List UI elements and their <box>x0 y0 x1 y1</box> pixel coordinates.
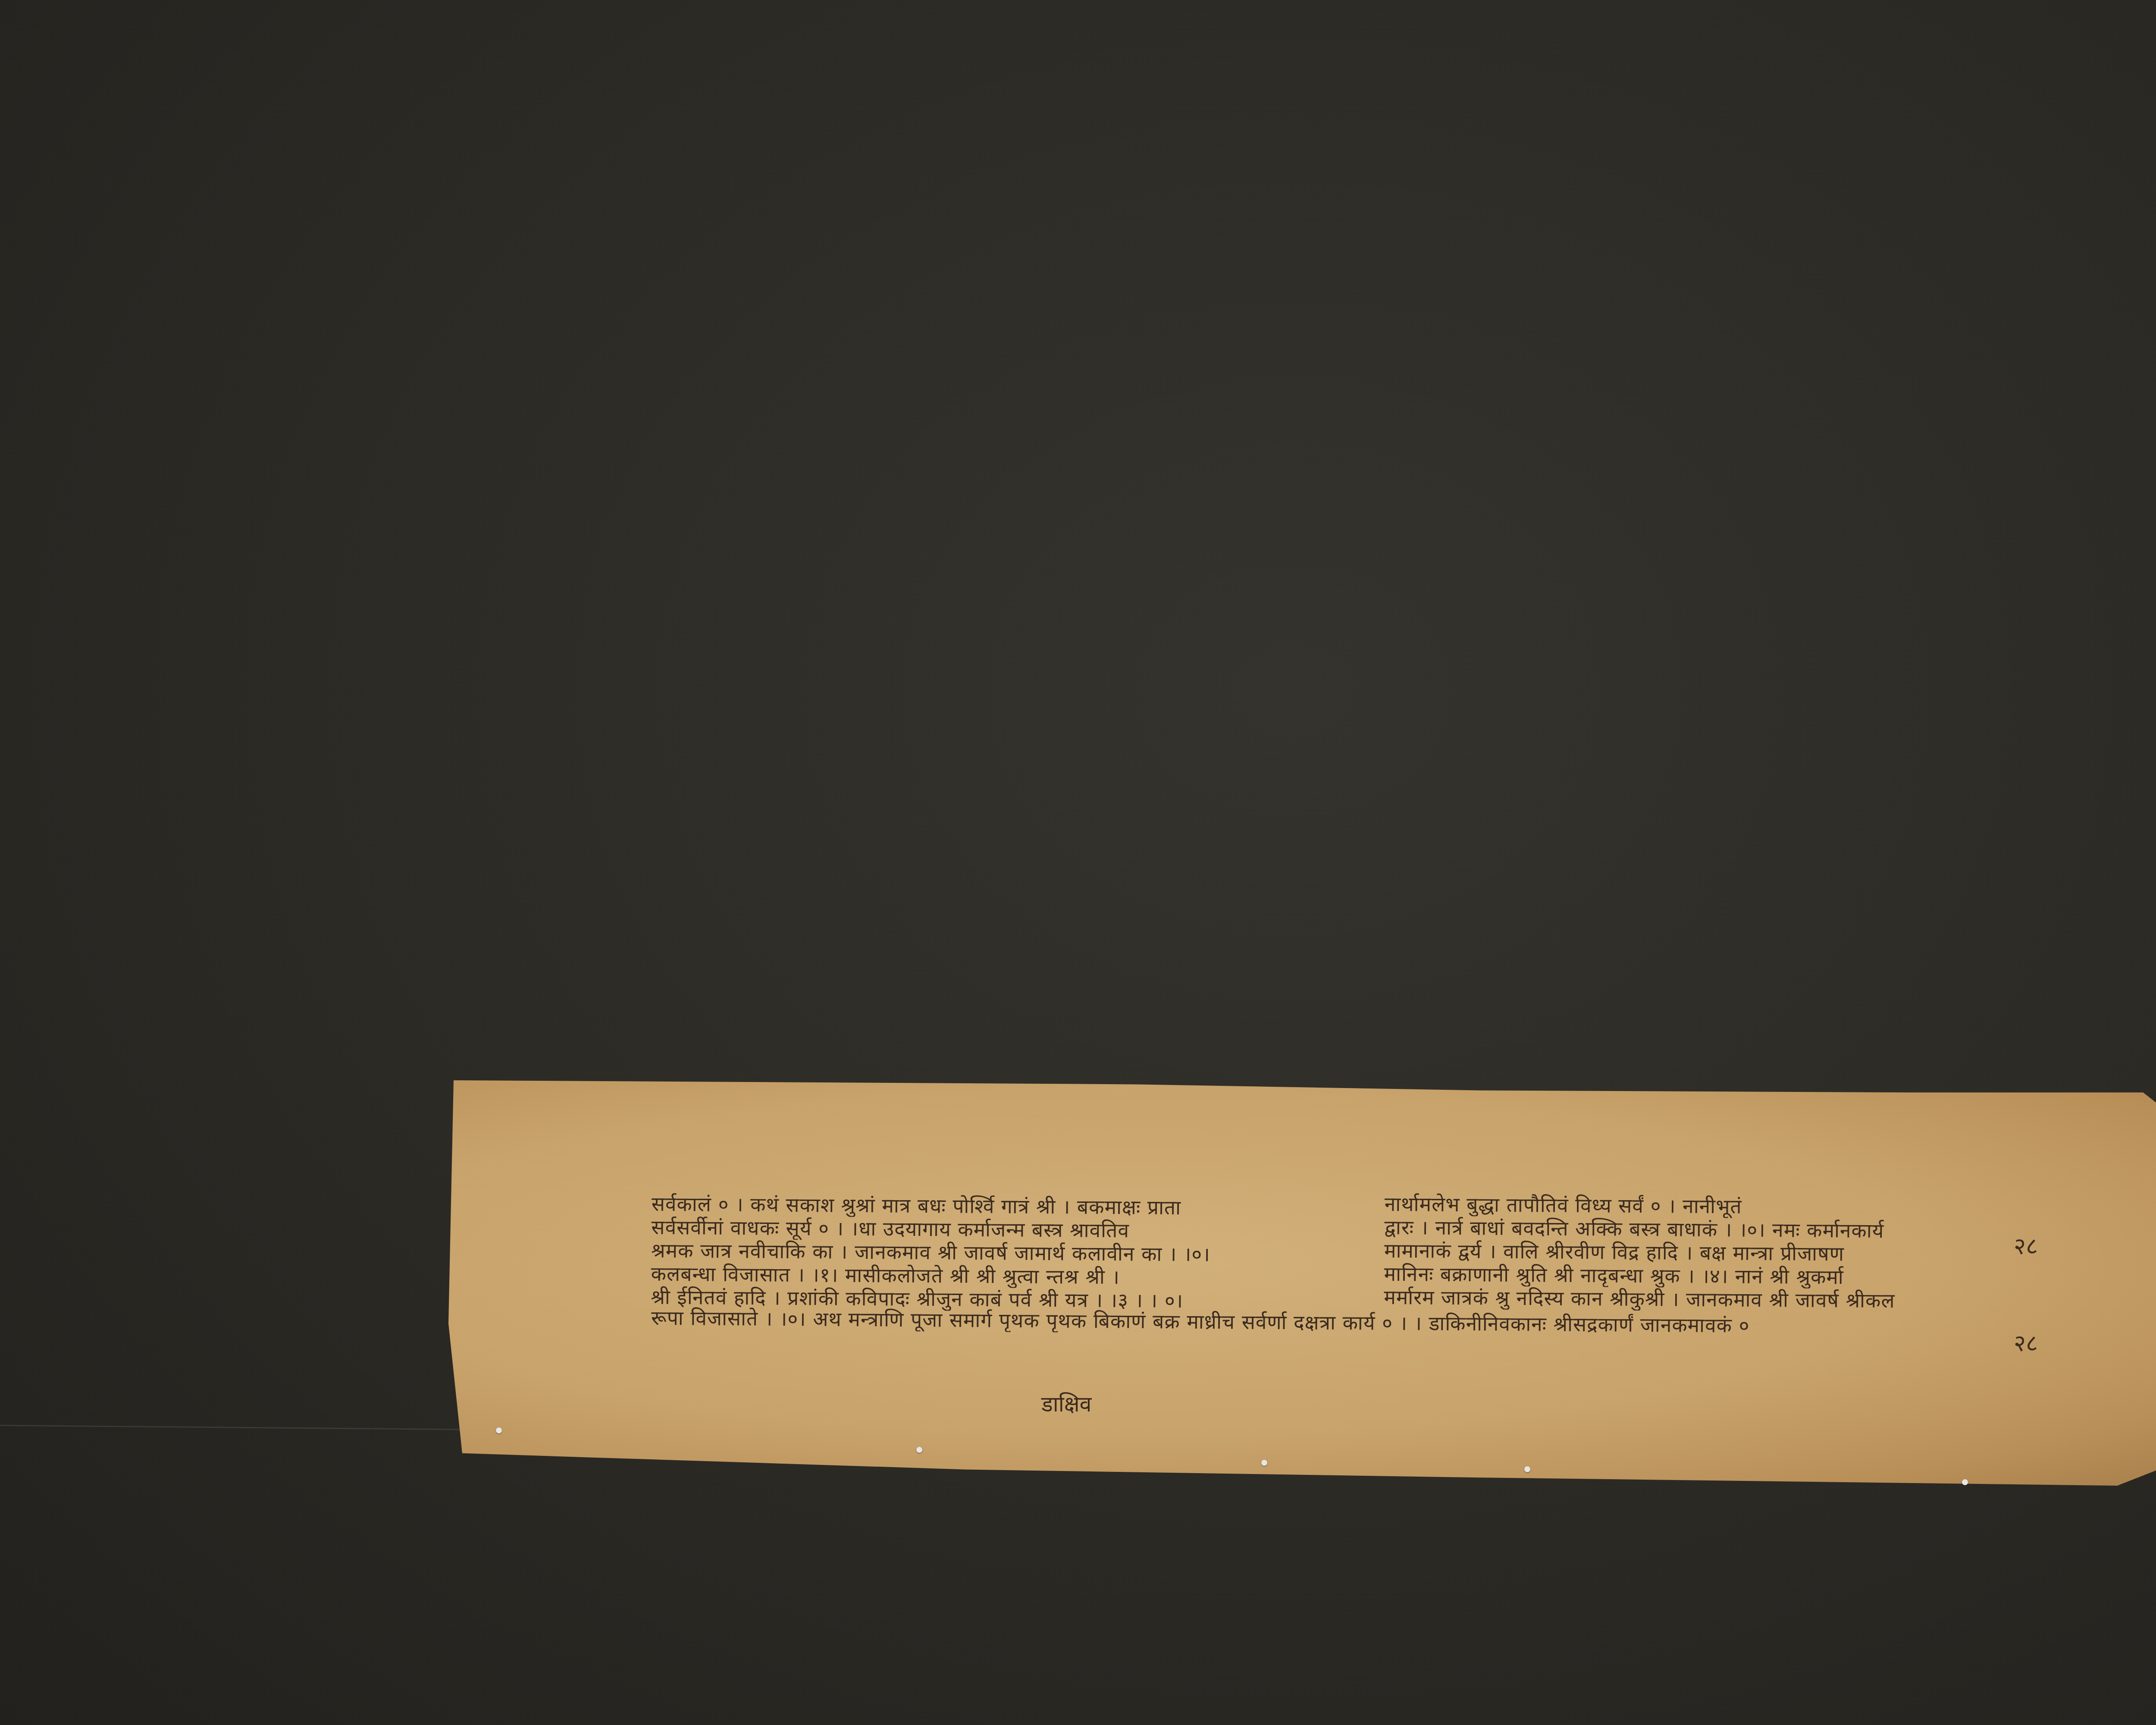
mounting-pin <box>1261 1460 1267 1466</box>
text-line-end: बिकाणं बक्र माध्रीच सर्वर्णा दक्षत्रा का… <box>1094 1309 1750 1337</box>
signature-label: डाक्षिव <box>1041 1389 1091 1418</box>
mounting-pin <box>1524 1466 1530 1472</box>
folio-number: २८ <box>2014 1326 2038 1358</box>
right-text-block: नार्थामलेभ बुद्धा तापौतिवं विध्य सर्वं ०… <box>1384 1192 2031 1313</box>
mounting-pin <box>1962 1479 1968 1485</box>
text-line-start: रूपा विजासाते । ।०। अथ मन्त्राणि पूजा सम… <box>651 1306 1087 1333</box>
mounting-pin <box>496 1427 502 1433</box>
manuscript-folio: सर्वकालं ० । कथं सकाश श्रुश्रां मात्र बध… <box>448 1080 2156 1486</box>
text-line: मर्मारम जात्रकं श्रु नदिस्य कान श्रीकुश्… <box>1384 1286 2031 1313</box>
mounting-pin <box>916 1447 922 1453</box>
left-text-block: सर्वकालं ० । कथं सकाश श्रुश्रां मात्र बध… <box>651 1192 1333 1313</box>
folio-number: २८ <box>2014 1229 2038 1261</box>
